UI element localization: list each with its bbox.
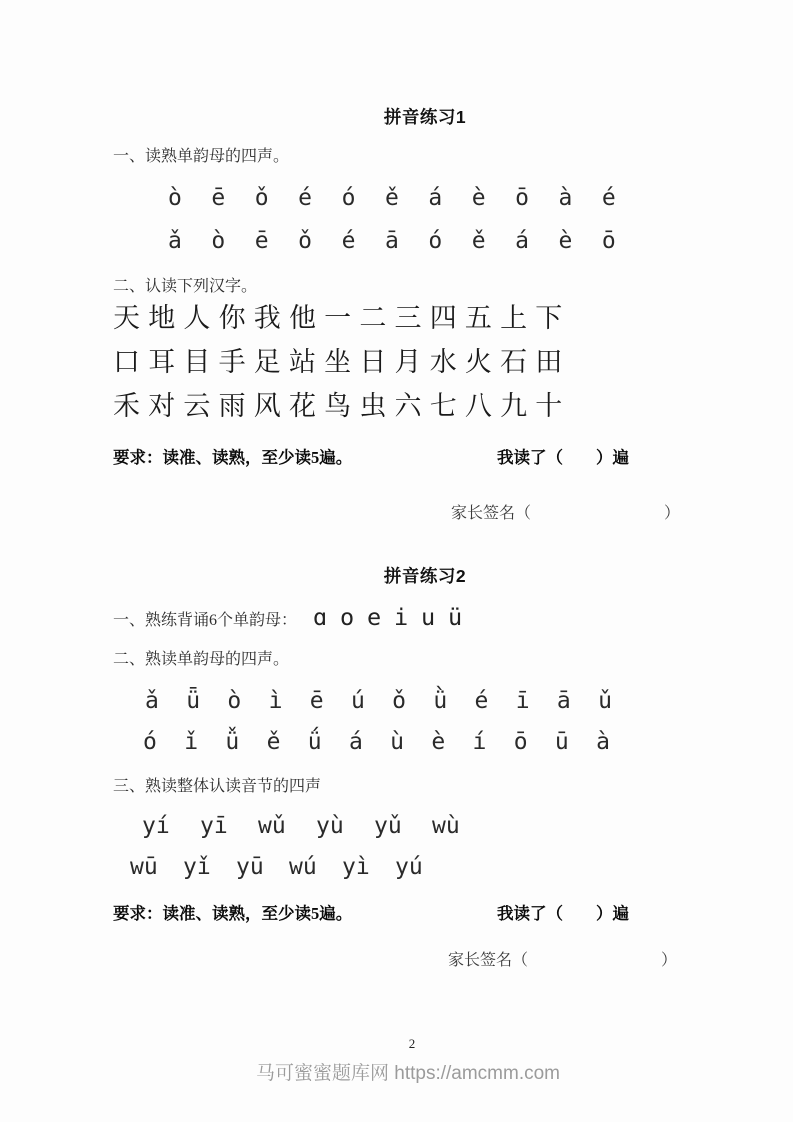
pinyin-letter: ò xyxy=(168,182,211,215)
requirement-text: 要求：读准、读熟，至少读5遍。 xyxy=(113,447,352,469)
hanzi-character: 目 xyxy=(183,347,218,378)
pinyin-letter: è xyxy=(431,726,472,759)
pinyin-letter: ā xyxy=(557,685,598,718)
requirement-line: 要求：读准、读熟，至少读5遍。 我读了（ ）遍 xyxy=(0,447,793,469)
parent-signature-line: 家长签名（） xyxy=(448,950,677,971)
page-number: 2 xyxy=(31,1036,793,1052)
syllable: yǐ xyxy=(183,851,236,883)
read-count-blank: 我读了（ ）遍 xyxy=(497,903,629,925)
read-count-blank: 我读了（ ）遍 xyxy=(497,447,629,469)
hanzi-character: 一 xyxy=(324,303,359,334)
pinyin-tone-row: ǎǖòìēúǒǜéīāǔ xyxy=(145,685,639,718)
pinyin-tone-row: òēǒéóěáèōàé xyxy=(168,182,645,215)
pinyin-letter: ā xyxy=(385,225,428,258)
pinyin-letter: è xyxy=(559,225,602,258)
pinyin-letter: ō xyxy=(602,225,645,258)
pinyin-letter: ē xyxy=(255,225,298,258)
pinyin-letter: è xyxy=(472,182,515,215)
pinyin-letter: ú xyxy=(351,685,392,718)
vowel-list: ɑoeiuü xyxy=(313,603,475,631)
pinyin-letter: à xyxy=(596,726,637,759)
hanzi-character: 火 xyxy=(465,347,500,378)
hanzi-character: 禾 xyxy=(113,391,148,422)
pinyin-letter: ǒ xyxy=(298,225,341,258)
hanzi-character: 我 xyxy=(254,303,289,334)
pinyin-letter: ū xyxy=(555,726,596,759)
worksheet1-section2-label: 二、认读下列汉字。 xyxy=(113,276,257,297)
hanzi-character: 站 xyxy=(289,347,324,378)
pinyin-letter: ǖ xyxy=(186,685,227,718)
hanzi-character: 田 xyxy=(535,347,570,378)
worksheet1-section1-label: 一、读熟单韵母的四声。 xyxy=(113,146,289,167)
pinyin-letter: ó xyxy=(428,225,471,258)
hanzi-character: 十 xyxy=(535,391,570,422)
hanzi-character: 对 xyxy=(148,391,183,422)
pinyin-letter: ē xyxy=(211,182,254,215)
signature-close-paren: ） xyxy=(664,505,680,522)
worksheet1-title: 拼音练习1 xyxy=(57,104,793,129)
pinyin-letter: á xyxy=(349,726,390,759)
pinyin-tone-row: óǐǚěǘáùèíōūà xyxy=(143,726,637,759)
pinyin-letter: ò xyxy=(227,685,268,718)
worksheet-page: 拼音练习1 一、读熟单韵母的四声。 òēǒéóěáèōàé ǎòēǒéāóěáè… xyxy=(0,0,793,1122)
requirement-text: 要求：读准、读熟，至少读5遍。 xyxy=(113,903,352,925)
hanzi-character: 七 xyxy=(430,391,465,422)
hanzi-character: 日 xyxy=(359,347,394,378)
hanzi-character: 足 xyxy=(254,347,289,378)
pinyin-letter: ě xyxy=(472,225,515,258)
pinyin-letter: ǒ xyxy=(255,182,298,215)
hanzi-character: 五 xyxy=(465,303,500,334)
pinyin-letter: ǜ xyxy=(433,685,474,718)
hanzi-character: 你 xyxy=(219,303,254,334)
pinyin-letter: ǚ xyxy=(225,726,266,759)
pinyin-tone-row: ǎòēǒéāóěáèō xyxy=(168,225,645,258)
pinyin-letter: à xyxy=(559,182,602,215)
pinyin-letter: ù xyxy=(390,726,431,759)
syllable: yù xyxy=(316,810,374,842)
footer-site-text: 马可蜜蜜题库网 https://amcmm.com xyxy=(23,1058,793,1085)
pinyin-letter: á xyxy=(428,182,471,215)
pinyin-letter: ì xyxy=(269,685,310,718)
hanzi-character: 风 xyxy=(254,391,289,422)
hanzi-character: 花 xyxy=(289,391,324,422)
worksheet2-section2-label: 二、熟读单韵母的四声。 xyxy=(113,649,289,670)
pinyin-letter: ō xyxy=(515,182,558,215)
pinyin-letter: ǎ xyxy=(168,225,211,258)
syllable: wú xyxy=(289,851,342,883)
pinyin-letter: ò xyxy=(211,225,254,258)
hanzi-character: 八 xyxy=(465,391,500,422)
syllable-row: yíyīwǔyùyǔwù xyxy=(142,810,490,842)
signature-label: 家长签名（ xyxy=(451,505,531,522)
hanzi-character: 水 xyxy=(430,347,465,378)
worksheet2-title: 拼音练习2 xyxy=(57,563,793,588)
hanzi-character: 月 xyxy=(395,347,430,378)
syllable: yú xyxy=(395,851,448,883)
signature-label: 家长签名（ xyxy=(448,952,528,969)
parent-signature-line: 家长签名（） xyxy=(451,503,680,524)
hanzi-row: 禾对云雨风花鸟虫六七八九十 xyxy=(113,391,570,422)
hanzi-character: 鸟 xyxy=(324,391,359,422)
syllable: yū xyxy=(236,851,289,883)
hanzi-character: 虫 xyxy=(359,391,394,422)
pinyin-letter: ǎ xyxy=(145,685,186,718)
syllable: yǔ xyxy=(374,810,432,842)
hanzi-character: 云 xyxy=(183,391,218,422)
hanzi-row: 天地人你我他一二三四五上下 xyxy=(113,303,570,334)
vowel-letter: ɑ xyxy=(313,602,340,632)
pinyin-letter: ó xyxy=(143,726,184,759)
pinyin-letter: é xyxy=(475,685,516,718)
worksheet2-section1-label: 一、熟练背诵6个单韵母： xyxy=(113,612,297,629)
vowel-letter: ü xyxy=(448,602,475,632)
syllable: wù xyxy=(432,810,490,842)
syllable: yí xyxy=(142,810,200,842)
syllable: yì xyxy=(342,851,395,883)
syllable: wǔ xyxy=(258,810,316,842)
pinyin-letter: ě xyxy=(267,726,308,759)
vowel-letter: e xyxy=(367,602,394,632)
vowel-letter: u xyxy=(421,602,448,632)
hanzi-character: 三 xyxy=(395,303,430,334)
hanzi-character: 雨 xyxy=(219,391,254,422)
pinyin-letter: ǔ xyxy=(598,685,639,718)
vowel-letter: i xyxy=(394,602,421,632)
hanzi-character: 人 xyxy=(183,303,218,334)
hanzi-character: 下 xyxy=(535,303,570,334)
hanzi-character: 二 xyxy=(359,303,394,334)
hanzi-character: 石 xyxy=(500,347,535,378)
pinyin-letter: ǐ xyxy=(184,726,225,759)
vowel-letter: o xyxy=(340,602,367,632)
pinyin-letter: é xyxy=(342,225,385,258)
syllable-row: wūyǐyūwúyìyú xyxy=(130,851,448,883)
signature-close-paren: ） xyxy=(661,952,677,969)
pinyin-letter: é xyxy=(298,182,341,215)
pinyin-letter: ǘ xyxy=(308,726,349,759)
pinyin-letter: ě xyxy=(385,182,428,215)
syllable: yī xyxy=(200,810,258,842)
pinyin-letter: ǒ xyxy=(392,685,433,718)
pinyin-letter: ó xyxy=(342,182,385,215)
hanzi-character: 手 xyxy=(219,347,254,378)
hanzi-row: 口耳目手足站坐日月水火石田 xyxy=(113,347,570,378)
pinyin-letter: ē xyxy=(310,685,351,718)
pinyin-letter: ō xyxy=(514,726,555,759)
hanzi-character: 四 xyxy=(430,303,465,334)
pinyin-letter: ī xyxy=(516,685,557,718)
hanzi-character: 九 xyxy=(500,391,535,422)
hanzi-character: 耳 xyxy=(148,347,183,378)
hanzi-character: 天 xyxy=(113,303,148,334)
hanzi-character: 坐 xyxy=(324,347,359,378)
hanzi-character: 六 xyxy=(395,391,430,422)
hanzi-character: 口 xyxy=(113,347,148,378)
worksheet2-section3-label: 三、熟读整体认读音节的四声 xyxy=(113,776,321,797)
pinyin-letter: é xyxy=(602,182,645,215)
pinyin-letter: í xyxy=(473,726,514,759)
worksheet2-section1-line: 一、熟练背诵6个单韵母：ɑoeiuü xyxy=(113,602,475,636)
requirement-line: 要求：读准、读熟，至少读5遍。 我读了（ ）遍 xyxy=(0,903,793,925)
hanzi-character: 上 xyxy=(500,303,535,334)
pinyin-letter: á xyxy=(515,225,558,258)
hanzi-character: 地 xyxy=(148,303,183,334)
hanzi-character: 他 xyxy=(289,303,324,334)
syllable: wū xyxy=(130,851,183,883)
